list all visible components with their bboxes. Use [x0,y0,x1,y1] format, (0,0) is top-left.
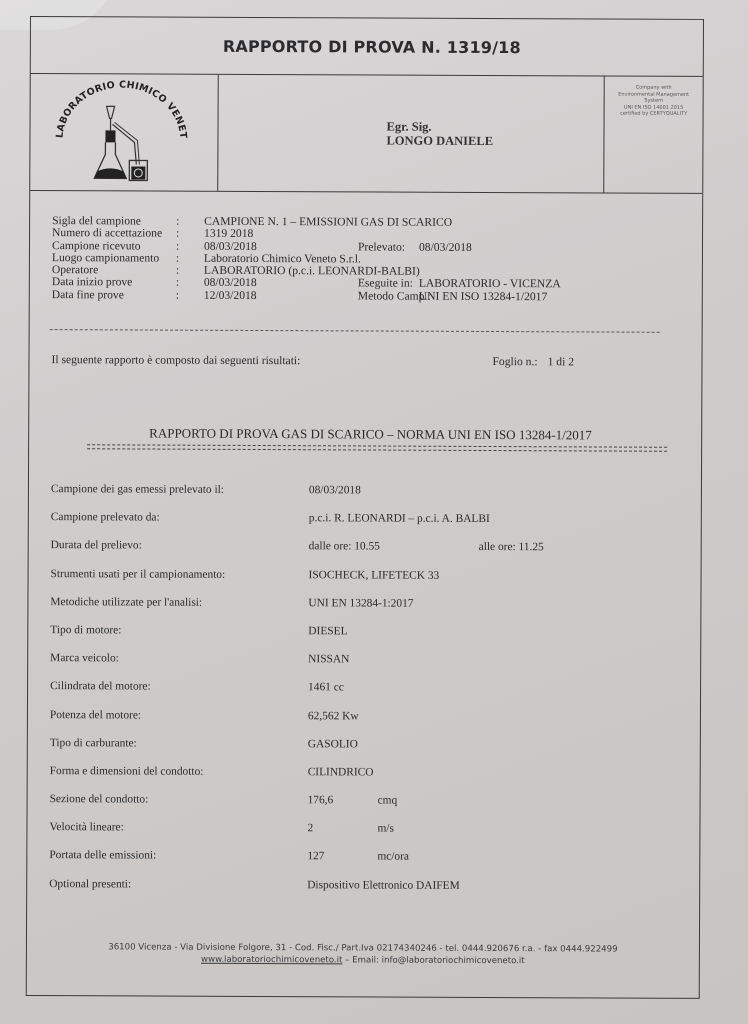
addressee: Egr. Sig. LONGO DANIELE [386,120,493,148]
field-label: Marca veicolo: [50,652,119,664]
field-unit: mc/ora [377,851,409,863]
info-separator: : [176,289,179,301]
field-value: DIESEL [308,625,347,637]
addressee-name: LONGO DANIELE [386,134,493,148]
test-fields: Campione dei gas emessi prelevato il:08/… [49,483,51,906]
field-value: ISOCHECK, LIFETECK 33 [309,569,440,582]
section-title: RAPPORTO DI PROVA GAS DI SCARICO – NORMA… [149,426,592,444]
field-value: 176,6 [308,794,334,806]
title-row: RAPPORTO DI PROVA N. 1319/18 [31,17,703,77]
report-title: RAPPORTO DI PROVA N. 1319/18 [223,36,521,56]
field-label: Portata delle emissioni: [49,850,156,862]
certification-cell: Company with Environmental Management Sy… [604,77,703,193]
composed-text: Il seguente rapporto è composto dai segu… [51,353,300,367]
dashed-divider [50,329,660,333]
website-link[interactable]: www.laboratoriochimicoveneto.it [201,955,342,966]
addressee-cell: Egr. Sig. LONGO DANIELE [218,75,605,193]
info-label-secondary: Prelevato: [358,241,405,254]
sheet-label: Foglio n.: [492,355,537,368]
field-unit: m/s [377,823,394,835]
field-label: Sezione del condotto: [50,793,149,805]
field-label: Cilindrata del motore: [50,680,151,692]
field-value: 62,562 Kw [308,710,359,722]
field-value: UNI EN 13284-1:2017 [308,597,413,609]
composed-line: Il seguente rapporto è composto dai segu… [51,353,591,368]
field-unit: cmq [378,795,398,807]
info-value-secondary: 08/03/2018 [419,241,472,254]
field-label: Campione prelevato da: [51,511,160,523]
field-label: Metodiche utilizzate per l'analisi: [50,596,202,609]
field-label: Tipo di carburante: [50,737,137,749]
field-label: Strumenti usati per il campionamento: [51,568,226,581]
field-label: Velocità lineare: [49,821,123,833]
certification-text: Company with Environmental Management Sy… [605,85,703,118]
field-label: Forma e dimensioni del condotto: [50,765,204,778]
info-value: 1319 2018 [204,228,253,241]
field-label: Tipo di motore: [50,624,121,636]
info-separator: : [176,277,179,289]
field-value: 08/03/2018 [309,484,361,496]
info-label: Data fine prove [52,289,124,302]
cert-line: certified by CERTYQUALITY [605,111,703,118]
header-row: LABORATORIO CHIMICO VENETO [30,74,703,194]
lab-logo: LABORATORIO CHIMICO VENETO [30,74,219,191]
sheet-value: 1 di 2 [548,355,574,368]
field-label: Durata del prelievo: [51,539,142,551]
info-separator: : [176,228,179,240]
field-value-secondary: alle ore: 11.25 [479,541,544,553]
field-value: NISSAN [308,653,349,665]
report-page: RAPPORTO DI PROVA N. 1319/18 LABORATORIO… [26,16,704,999]
info-value-secondary: UNI EN ISO 13284-1/2017 [419,290,548,303]
field-value: 1461 cc [308,682,344,694]
double-divider [87,444,667,452]
sheet-number: Foglio n.:1 di 2 [492,355,574,368]
field-value: CILINDRICO [308,766,374,778]
footer: 36100 Vicenza - Via Divisione Folgore, 3… [27,941,699,968]
field-value: 127 [307,851,324,863]
field-value: dalle ore: 10.55 [309,541,380,553]
field-value: GASOLIO [308,738,358,750]
field-label: Campione dei gas emessi prelevato il: [51,483,224,496]
field-value: p.c.i. R. LEONARDI – p.c.i. A. BALBI [309,512,490,525]
lab-apparatus-icon: LABORATORIO CHIMICO VENETO [34,74,215,191]
field-label: Potenza del motore: [50,709,141,721]
field-value: Dispositivo Elettronico DAIFEM [307,879,460,892]
info-value: 12/03/2018 [204,290,257,303]
footer-email: – Email: info@laboratoriochimicoveneto.i… [342,955,524,966]
field-label: Optional presenti: [49,878,131,890]
field-value: 2 [307,822,313,834]
addressee-salutation: Egr. Sig. [386,120,493,134]
